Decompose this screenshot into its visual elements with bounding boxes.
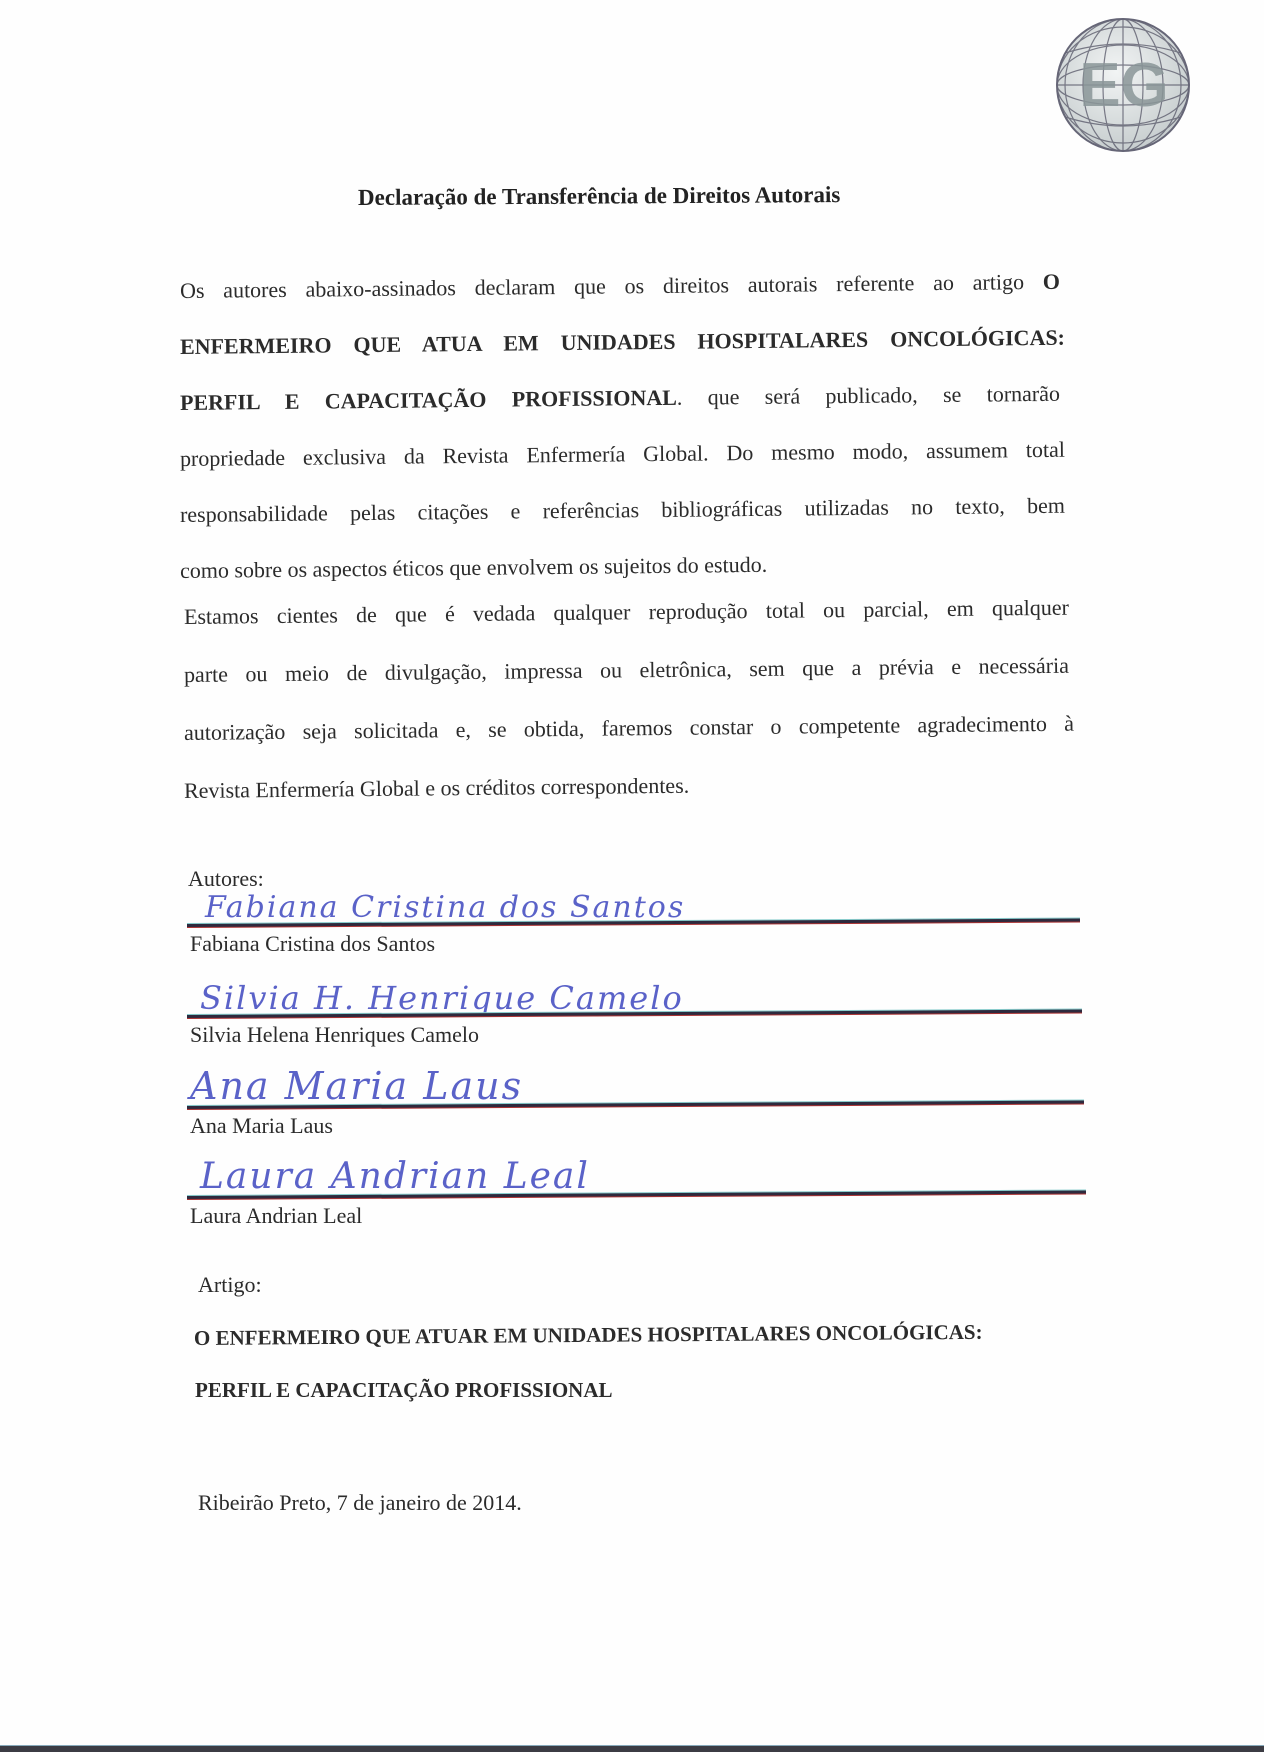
author-name: Ana Maria Laus: [190, 1113, 333, 1139]
author-name: Fabiana Cristina dos Santos: [190, 931, 435, 957]
article-title-text: O: [1043, 269, 1060, 294]
author-signature: Ana Maria Laus: [190, 1064, 523, 1108]
author-signature: Laura Andrian Leal: [200, 1156, 590, 1197]
author-signature: Fabiana Cristina dos Santos: [205, 890, 685, 925]
paragraph-text: . que será publicado, se tornarão: [677, 381, 1060, 410]
author-name: Laura Andrian Leal: [190, 1203, 362, 1229]
paragraph-line: autorização seja solicitada e, se obtida…: [184, 711, 1074, 748]
article-title-text: PERFIL E CAPACITAÇÃO PROFISSIONAL: [180, 385, 677, 415]
document-title: Declaração de Transferência de Direitos …: [358, 182, 840, 211]
paragraph-line: propriedade exclusiva da Revista Enferme…: [180, 437, 1065, 474]
paragraph-line: Estamos cientes de que é vedada qualquer…: [184, 595, 1069, 632]
paragraph-text: como sobre os aspectos éticos que envolv…: [180, 552, 767, 583]
paragraph-text: Os autores abaixo-assinados declaram que…: [180, 269, 1043, 303]
paragraph-line: Revista Enfermería Global e os créditos …: [184, 773, 689, 804]
author-signature: Silvia H. Henrique Camelo: [200, 979, 684, 1017]
paragraph-text: responsabilidade pelas citações e referê…: [180, 493, 1065, 527]
paragraph-line: parte ou meio de divulgação, impressa ou…: [184, 653, 1069, 690]
scan-border: [0, 1745, 1264, 1752]
declaration-page: EG Declaração de Transferência de Direit…: [0, 0, 1264, 1752]
author-name: Silvia Helena Henriques Camelo: [190, 1022, 479, 1048]
article-title-line-2: PERFIL E CAPACITAÇÃO PROFISSIONAL: [195, 1378, 613, 1403]
paragraph-line: responsabilidade pelas citações e referê…: [180, 493, 1065, 530]
eg-globe-logo-icon: EG: [1052, 14, 1194, 156]
article-title-line-1: O ENFERMEIRO QUE ATUAR EM UNIDADES HOSPI…: [194, 1320, 983, 1351]
authors-label: Autores:: [188, 866, 264, 892]
article-title-text: ENFERMEIRO QUE ATUA EM UNIDADES HOSPITAL…: [180, 325, 1065, 359]
paragraph-line: ENFERMEIRO QUE ATUA EM UNIDADES HOSPITAL…: [180, 325, 1065, 362]
paragraph-line: PERFIL E CAPACITAÇÃO PROFISSIONAL. que s…: [180, 381, 1060, 418]
paragraph-line: como sobre os aspectos éticos que envolv…: [180, 552, 767, 584]
paragraph-line: Os autores abaixo-assinados declaram que…: [180, 269, 1060, 306]
paragraph-text: propriedade exclusiva da Revista Enferme…: [180, 437, 1065, 471]
place-and-date: Ribeirão Preto, 7 de janeiro de 2014.: [198, 1490, 522, 1516]
svg-text:EG: EG: [1079, 51, 1169, 120]
article-label: Artigo:: [198, 1272, 262, 1298]
